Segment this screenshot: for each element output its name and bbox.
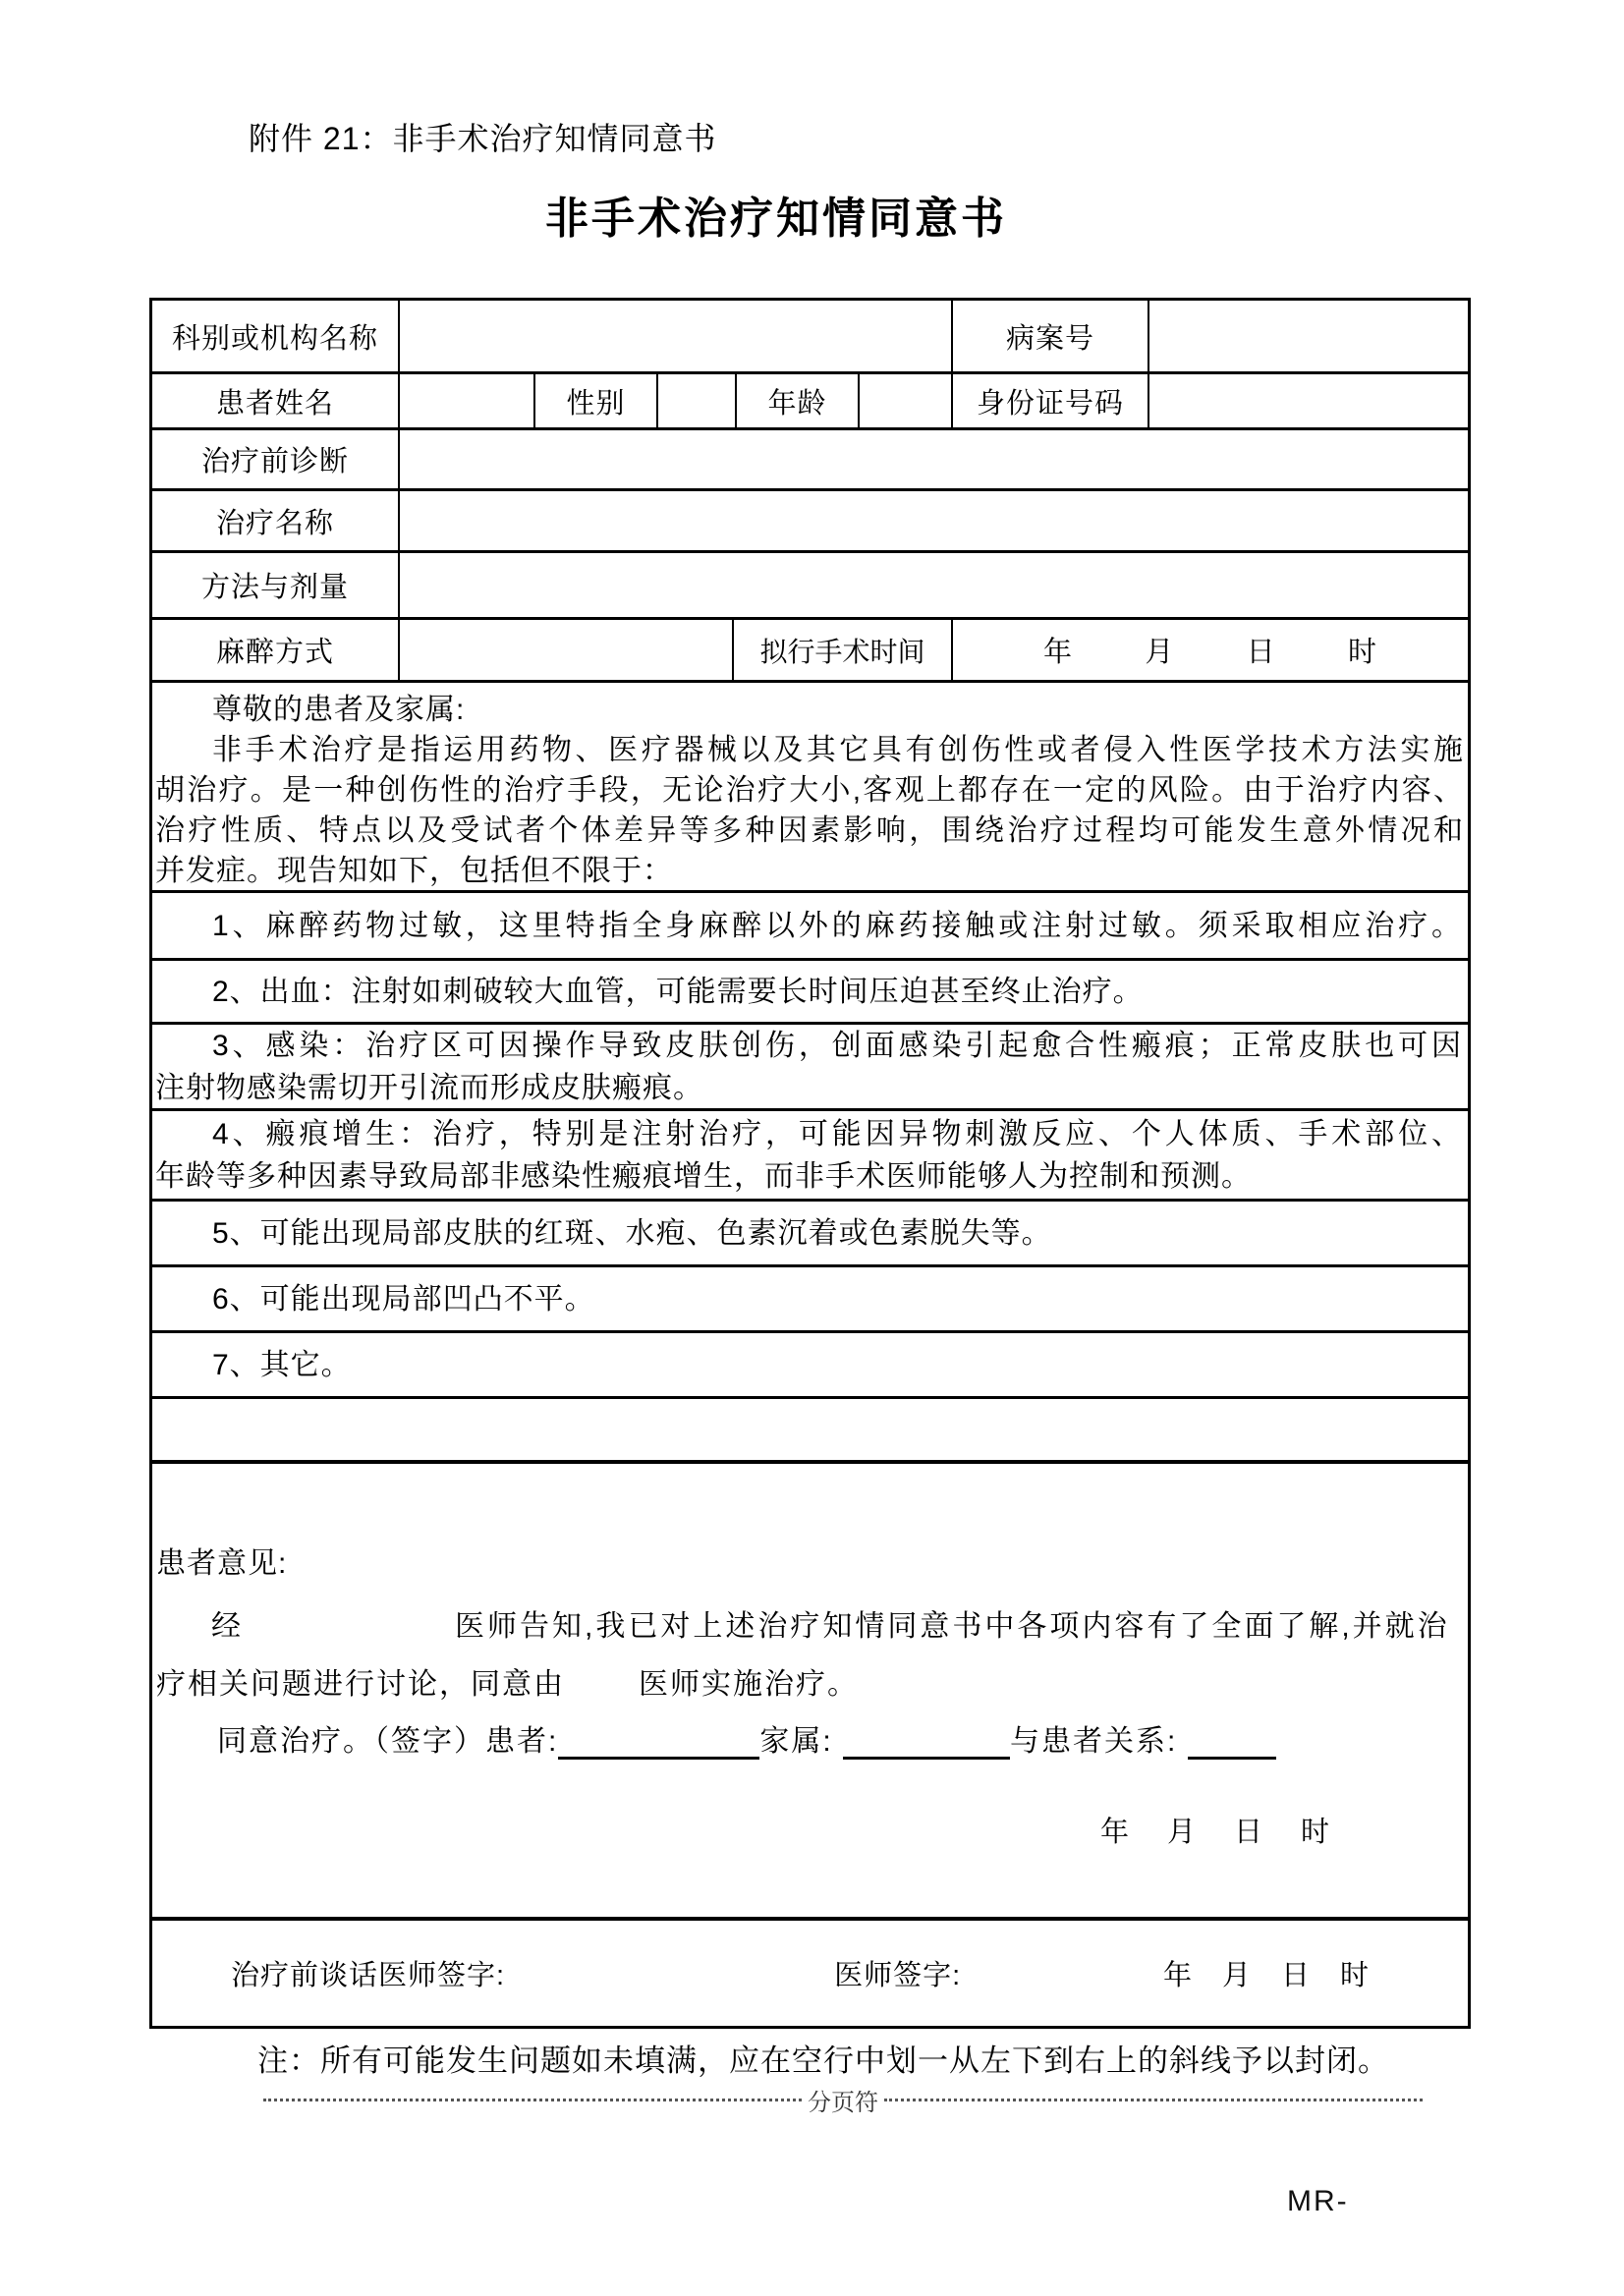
method-dose-label: 方法与剂量 — [152, 553, 400, 617]
risk-item-text: 5、可能出现局部皮肤的红斑、水疱、色素沉着或色素脱失等。 — [155, 1212, 1462, 1255]
hour-label: 时 — [1340, 1953, 1370, 1993]
risk-item-text: 1、麻醉药物过敏，这里特指全身麻醉以外的麻药接触或注射过敏。须采取相应治疗。 — [155, 905, 1462, 947]
empty-cell — [152, 1399, 1468, 1460]
notice-salutation: 尊敬的患者及家属: — [155, 690, 1464, 730]
signature-cell: 治疗前谈话医师签字: 医师签字: 年 月 日 时 — [152, 1921, 1468, 2026]
row-risk-item-6: 6、可能出现局部凹凸不平。 — [152, 1267, 1468, 1333]
risk-item-1: 1、麻醉药物过敏，这里特指全身麻醉以外的麻药接触或注射过敏。须采取相应治疗。 — [152, 893, 1468, 958]
opinion-consent-line: 同意治疗。（签字）患者:家属: 与患者关系: — [156, 1716, 1276, 1760]
risk-item-2: 2、出血：注射如刺破较大血管，可能需要长时间压迫甚至终止治疗。 — [152, 961, 1468, 1022]
footer-note: 注：所有可能发生问题如未填满，应在空行中划一从左下到右上的斜线予以封闭。 — [257, 2036, 1389, 2080]
row-method: 方法与剂量 — [152, 553, 1468, 620]
record-no-value-cell — [1149, 301, 1468, 371]
risk-item-text: 2、出血：注射如刺破较大血管，可能需要长时间压迫甚至终止治疗。 — [155, 971, 1462, 1013]
relation-label: 与患者关系: — [1010, 1725, 1177, 1758]
row-risk-item-2: 2、出血：注射如刺破较大血管，可能需要长时间压迫甚至终止治疗。 — [152, 961, 1468, 1025]
anesthesia-value-cell — [400, 620, 734, 680]
gender-value-cell — [658, 374, 737, 427]
dashed-line — [884, 2099, 1423, 2101]
row-patient-opinion: 患者意见: 经医师告知,我已对上述治疗知情同意书中各项内容有了全面了解,并就治 … — [152, 1464, 1468, 1921]
signature-date-line: 年 月 日 时 — [1163, 1953, 1370, 1993]
risk-item-text: 6、可能出现局部凹凸不平。 — [155, 1278, 1462, 1320]
consent-form-table: 科别或机构名称 病案号 患者姓名 性别 年龄 身份证号码 治疗前诊断 治疗名称 — [149, 298, 1471, 2029]
opinion-line-1: 经医师告知,我已对上述治疗知情同意书中各项内容有了全面了解,并就治 — [156, 1601, 1450, 1645]
gender-label: 性别 — [535, 374, 658, 427]
row-risk-item-5: 5、可能出现局部皮肤的红斑、水疱、色素沉着或色素脱失等。 — [152, 1202, 1468, 1267]
page-title: 非手术治疗知情同意书 — [152, 183, 1400, 246]
treatment-name-label: 治疗名称 — [152, 491, 400, 550]
planned-time-label: 拟行手术时间 — [734, 620, 953, 680]
notice-line: 胡治疗。是一种创伤性的治疗手段，无论治疗大小,客观上都存在一定的风险。由于治疗内… — [155, 770, 1464, 811]
page-break-divider: 分页符 — [263, 2083, 1423, 2117]
year-label: 年 — [1163, 1953, 1193, 1993]
row-patient: 患者姓名 性别 年龄 身份证号码 — [152, 374, 1468, 430]
consent-sign-text: 同意治疗。（签字）患者: — [217, 1725, 558, 1758]
relation-blank-line — [1188, 1725, 1276, 1760]
page-break-label: 分页符 — [808, 2083, 878, 2117]
patient-name-value-cell — [400, 374, 535, 427]
opinion-discussed-text: 疗相关问题进行讨论，同意由 — [156, 1668, 565, 1701]
patient-name-label: 患者姓名 — [152, 374, 400, 427]
patient-opinion-cell: 患者意见: 经医师告知,我已对上述治疗知情同意书中各项内容有了全面了解,并就治 … — [152, 1464, 1468, 1917]
risk-item-7: 7、其它。 — [152, 1333, 1468, 1396]
pretalk-doctor-signature-label: 治疗前谈话医师签字: — [231, 1953, 505, 1993]
treatment-name-value-cell — [400, 491, 1468, 550]
opinion-perform-text: 医师实施治疗。 — [639, 1668, 859, 1701]
row-anesthesia: 麻醉方式 拟行手术时间 年 月 日 时 — [152, 620, 1468, 683]
record-no-label: 病案号 — [953, 301, 1149, 371]
row-risk-item-1: 1、麻醉药物过敏，这里特指全身麻醉以外的麻药接触或注射过敏。须采取相应治疗。 — [152, 893, 1468, 961]
patient-signature-line — [558, 1725, 759, 1760]
risk-item-5: 5、可能出现局部皮肤的红斑、水疱、色素沉着或色素脱失等。 — [152, 1202, 1468, 1264]
patient-opinion-label: 患者意见: — [156, 1539, 287, 1582]
row-treatment: 治疗名称 — [152, 491, 1468, 553]
dashed-line — [263, 2099, 802, 2101]
opinion-jing: 经 — [211, 1610, 244, 1643]
row-empty — [152, 1399, 1468, 1464]
diagnosis-value-cell — [400, 430, 1468, 488]
attachment-label: 附件 21：非手术治疗知情同意书 — [249, 114, 717, 159]
row-notice: 尊敬的患者及家属: 非手术治疗是指运用药物、医疗器械以及其它具有创伤性或者侵入性… — [152, 683, 1468, 893]
year-label: 年 — [1043, 630, 1073, 670]
row-diagnosis: 治疗前诊断 — [152, 430, 1468, 491]
risk-item-4: 4、瘢痕增生：治疗，特别是注射治疗，可能因异物刺激反应、个人体质、手术部位、 年… — [152, 1111, 1468, 1199]
hour-label: 时 — [1301, 1810, 1330, 1850]
month-label: 月 — [1222, 1953, 1252, 1993]
age-label: 年龄 — [737, 374, 860, 427]
document-page: 附件 21：非手术治疗知情同意书 非手术治疗知情同意书 科别或机构名称 病案号 … — [0, 0, 1624, 2296]
hour-label: 时 — [1348, 630, 1377, 670]
row-risk-item-7: 7、其它。 — [152, 1333, 1468, 1399]
opinion-informed-text: 医师告知,我已对上述治疗知情同意书中各项内容有了全面了解,并就治 — [455, 1610, 1450, 1643]
risk-item-text: 3、感染：治疗区可因操作导致皮肤创伤，创面感染引起愈合性瘢痕；正常皮肤也可因 — [155, 1025, 1462, 1067]
planned-time-date-cell: 年 月 日 时 — [953, 620, 1468, 680]
notice-line: 非手术治疗是指运用药物、医疗器械以及其它具有创伤性或者侵入性医学技术方法实施 — [155, 730, 1464, 770]
day-label: 日 — [1234, 1810, 1263, 1850]
risk-item-6: 6、可能出现局部凹凸不平。 — [152, 1267, 1468, 1330]
year-label: 年 — [1100, 1810, 1130, 1850]
age-value-cell — [860, 374, 953, 427]
day-label: 日 — [1281, 1953, 1311, 1993]
month-label: 月 — [1167, 1810, 1197, 1850]
id-number-label: 身份证号码 — [953, 374, 1149, 427]
medical-record-code: MR- — [1287, 2185, 1349, 2218]
risk-item-text: 年龄等多种因素导致局部非感染性瘢痕增生，而非手术医师能够人为控制和预测。 — [155, 1155, 1462, 1198]
month-label: 月 — [1145, 630, 1174, 670]
notice-line: 并发症。现告知如下，包括但不限于： — [155, 851, 1464, 890]
method-dose-value-cell — [400, 553, 1468, 617]
family-label: 家属: — [759, 1725, 832, 1758]
risk-item-text: 7、其它。 — [155, 1344, 1462, 1386]
row-risk-item-3: 3、感染：治疗区可因操作导致皮肤创伤，创面感染引起愈合性瘢痕；正常皮肤也可因 注… — [152, 1025, 1468, 1111]
dept-value-cell — [400, 301, 953, 371]
notice-paragraph: 尊敬的患者及家属: 非手术治疗是指运用药物、医疗器械以及其它具有创伤性或者侵入性… — [152, 683, 1468, 890]
day-label: 日 — [1247, 630, 1276, 670]
risk-item-text: 注射物感染需切开引流而形成皮肤瘢痕。 — [155, 1067, 1462, 1109]
opinion-line-2: 疗相关问题进行讨论，同意由医师实施治疗。 — [156, 1659, 859, 1703]
opinion-date-line: 年 月 日 时 — [1100, 1810, 1330, 1850]
notice-line: 治疗性质、特点以及受试者个体差异等多种因素影响，围绕治疗过程均可能发生意外情况和 — [155, 811, 1464, 851]
risk-item-text: 4、瘢痕增生：治疗，特别是注射治疗，可能因异物刺激反应、个人体质、手术部位、 — [155, 1113, 1462, 1155]
row-risk-item-4: 4、瘢痕增生：治疗，特别是注射治疗，可能因异物刺激反应、个人体质、手术部位、 年… — [152, 1111, 1468, 1202]
id-number-value-cell — [1149, 374, 1468, 427]
diagnosis-label: 治疗前诊断 — [152, 430, 400, 488]
row-signatures: 治疗前谈话医师签字: 医师签字: 年 月 日 时 — [152, 1921, 1468, 2026]
row-dept: 科别或机构名称 病案号 — [152, 301, 1468, 374]
family-signature-line — [843, 1725, 1010, 1760]
anesthesia-label: 麻醉方式 — [152, 620, 400, 680]
dept-label: 科别或机构名称 — [152, 301, 400, 371]
doctor-signature-label: 医师签字: — [834, 1953, 961, 1993]
risk-item-3: 3、感染：治疗区可因操作导致皮肤创伤，创面感染引起愈合性瘢痕；正常皮肤也可因 注… — [152, 1025, 1468, 1108]
